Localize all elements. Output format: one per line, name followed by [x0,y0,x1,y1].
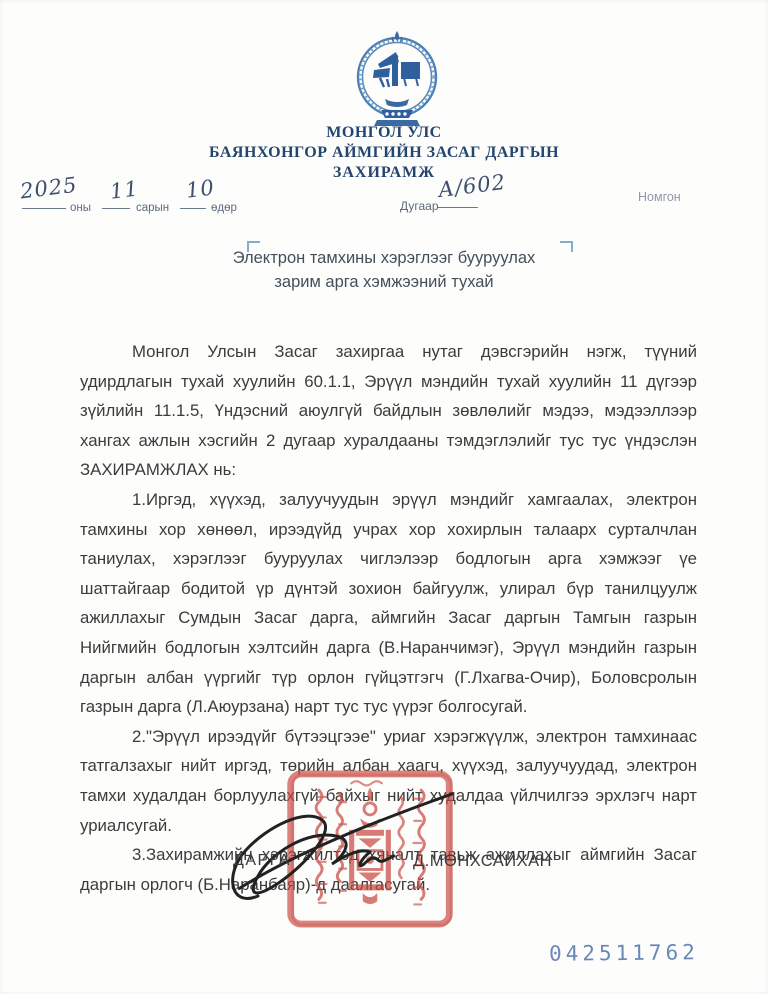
signer-title-label: ДАРГА [233,852,291,870]
month-blank-line [102,208,130,209]
decree-document-page: МОНГОЛ УЛС БАЯНХОНГОР АЙМГИЙН ЗАСАГ ДАРГ… [0,0,768,994]
mongolia-state-emblem-icon [340,30,454,130]
handwritten-month: 11 [109,176,140,203]
signer-name: Д.МӨНХСАЙХАН [413,852,552,871]
day-label: өдөр [211,202,237,214]
title-corner-right-mark [560,241,573,252]
year-blank-line [22,208,66,209]
decree-title: Электрон тамхины хэрэглээг бууруулах зар… [0,246,768,294]
title-line-2: зарим арга хэмжээний тухай [0,270,768,294]
issuing-authority: БАЯНХОНГОР АЙМГИЙН ЗАСАГ ДАРГЫН [0,144,768,162]
title-corner-left-mark [247,241,260,252]
clause-1-paragraph: 1.Иргэд, хүүхэд, залуучуудын эрүүл мэнди… [80,485,697,722]
year-label: оны [70,202,91,214]
handwritten-day: 10 [185,175,216,202]
number-label: Дугаар [400,199,439,213]
serial-number-stamp: 042511762 [549,940,699,966]
number-blank-line [438,207,478,208]
location-name: Номгон [638,190,681,204]
preamble-paragraph: Монгол Улсын Засаг захиргаа нутаг дэвсгэ… [80,337,697,485]
date-number-line: 2025 оны 11 сарын 10 өдөр Дугаар А/602 Н… [0,176,768,222]
document-header: МОНГОЛ УЛС БАЯНХОНГОР АЙМГИЙН ЗАСАГ ДАРГ… [0,124,768,182]
month-label: сарын [136,202,169,214]
handwritten-year: 2025 [19,173,79,204]
title-line-1: Электрон тамхины хэрэглээг бууруулах [0,246,768,270]
day-blank-line [180,208,206,209]
country-name: МОНГОЛ УЛС [0,124,768,142]
